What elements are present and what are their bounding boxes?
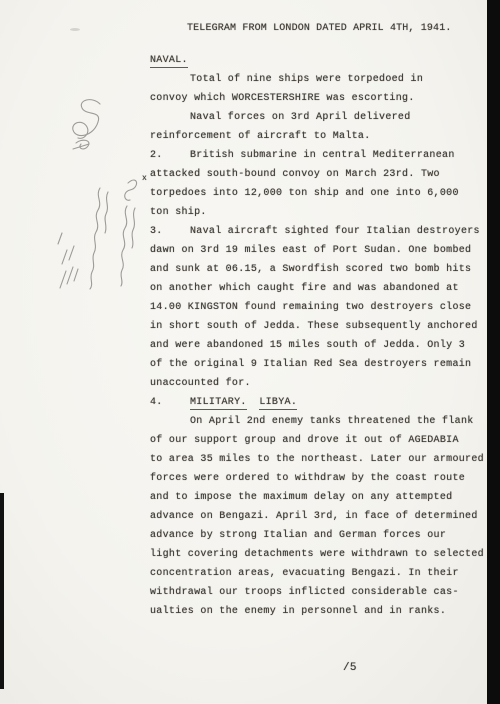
document-line: in short south of Jedda. These subsequen…: [150, 321, 485, 340]
document-line: Total of nine ships were torpedoed in: [150, 74, 485, 93]
scan-edge-artifact-right: [487, 0, 500, 704]
document-line: advance on Bengazi. April 3rd, in face o…: [150, 511, 485, 530]
text-segment: convoy which WORCESTERSHIRE was escortin…: [150, 93, 415, 104]
text-segment: LIBYA.: [259, 397, 297, 410]
text-segment: Total of nine ships were torpedoed in: [190, 74, 423, 85]
text-segment: withdrawal our troops inflicted consider…: [150, 587, 459, 598]
text-segment: [247, 397, 260, 408]
document-line: withdrawal our troops inflicted consider…: [150, 587, 485, 606]
text-segment: ton ship.: [150, 207, 207, 218]
text-segment: and were abandoned 15 miles south of Jed…: [150, 340, 465, 351]
document-line: and were abandoned 15 miles south of Jed…: [150, 340, 485, 359]
document-line: concentration areas, evacuating Bengazi.…: [150, 568, 485, 587]
text-segment: and sunk at 06.15, a Swordfish scored tw…: [150, 264, 471, 275]
paragraph-number: 4.: [150, 397, 190, 408]
text-segment: dawn on 3rd 19 miles east of Port Sudan.…: [150, 245, 471, 256]
text-segment: and to impose the maximum delay on any a…: [150, 492, 452, 503]
text-segment: MILITARY.: [190, 397, 247, 410]
text-segment: to area 35 miles to the northeast. Later…: [150, 454, 484, 465]
document-line: dawn on 3rd 19 miles east of Port Sudan.…: [150, 245, 485, 264]
document-line: torpedoes into 12,000 ton ship and one i…: [150, 188, 485, 207]
paragraph-number: 2.: [150, 150, 190, 161]
document-line: on another which caught fire and was aba…: [150, 283, 485, 302]
text-segment: torpedoes into 12,000 ton ship and one i…: [150, 188, 459, 199]
text-segment: reinforcement of aircraft to Malta.: [150, 131, 371, 142]
page-number: /5: [343, 662, 357, 674]
document-line: convoy which WORCESTERSHIRE was escortin…: [150, 93, 485, 112]
text-segment: ualties on the enemy in personnel and in…: [150, 606, 446, 617]
document-line: of our support group and drove it out of…: [150, 435, 485, 454]
document-line: 14.00 KINGSTON found remaining two destr…: [150, 302, 485, 321]
text-segment: advance on Bengazi. April 3rd, in face o…: [150, 511, 478, 522]
text-segment: on another which caught fire and was aba…: [150, 283, 459, 294]
document-line: advance by strong Italian and German for…: [150, 530, 485, 549]
scan-edge-artifact-left: [0, 493, 4, 689]
text-segment: 14.00 KINGSTON found remaining two destr…: [150, 302, 471, 313]
text-segment: On April 2nd enemy tanks threatened the …: [190, 416, 474, 427]
document-line: xattacked south-bound convoy on March 23…: [150, 169, 485, 188]
text-segment: of the original 9 Italian Red Sea destro…: [150, 359, 471, 370]
text-segment: British submarine in central Mediterrane…: [190, 150, 455, 161]
text-segment: NAVAL.: [150, 55, 188, 68]
document-lines: NAVAL.Total of nine ships were torpedoed…: [150, 55, 485, 625]
text-segment: in short south of Jedda. These subsequen…: [150, 321, 478, 332]
document-line: NAVAL.: [150, 55, 485, 74]
document-line: 4.MILITARY. LIBYA.: [150, 397, 485, 416]
text-segment: Naval forces on 3rd April delivered: [190, 112, 411, 123]
document-line: and sunk at 06.15, a Swordfish scored tw…: [150, 264, 485, 283]
scan-smudge: [70, 28, 80, 31]
text-segment: Naval aircraft sighted four Italian dest…: [190, 226, 480, 237]
text-segment: of our support group and drove it out of…: [150, 435, 459, 446]
document-line: ualties on the enemy in personnel and in…: [150, 606, 485, 625]
document-line: unaccounted for.: [150, 378, 485, 397]
document-line: 3.Naval aircraft sighted four Italian de…: [150, 226, 485, 245]
scanned-document-page: TELEGRAM FROM LONDON DATED APRIL 4TH, 19…: [0, 0, 500, 704]
text-segment: unaccounted for.: [150, 378, 251, 389]
handwritten-marginalia: [40, 88, 150, 298]
text-segment: attacked south-bound convoy on March 23r…: [150, 169, 440, 180]
document-line: forces were ordered to withdraw by the c…: [150, 473, 485, 492]
text-segment: light covering detachments were withdraw…: [150, 549, 484, 560]
document-line: and to impose the maximum delay on any a…: [150, 492, 485, 511]
text-segment: advance by strong Italian and German for…: [150, 530, 446, 541]
text-segment: forces were ordered to withdraw by the c…: [150, 473, 465, 484]
document-line: reinforcement of aircraft to Malta.: [150, 131, 485, 150]
document-line: 2.British submarine in central Mediterra…: [150, 150, 485, 169]
document-title: TELEGRAM FROM LONDON DATED APRIL 4TH, 19…: [187, 23, 452, 34]
document-line: ton ship.: [150, 207, 485, 226]
text-segment: concentration areas, evacuating Bengazi.…: [150, 568, 459, 579]
document-line: to area 35 miles to the northeast. Later…: [150, 454, 485, 473]
paragraph-number: 3.: [150, 226, 190, 237]
document-line: of the original 9 Italian Red Sea destro…: [150, 359, 485, 378]
document-line: On April 2nd enemy tanks threatened the …: [150, 416, 485, 435]
document-line: light covering detachments were withdraw…: [150, 549, 485, 568]
document-line: Naval forces on 3rd April delivered: [150, 112, 485, 131]
